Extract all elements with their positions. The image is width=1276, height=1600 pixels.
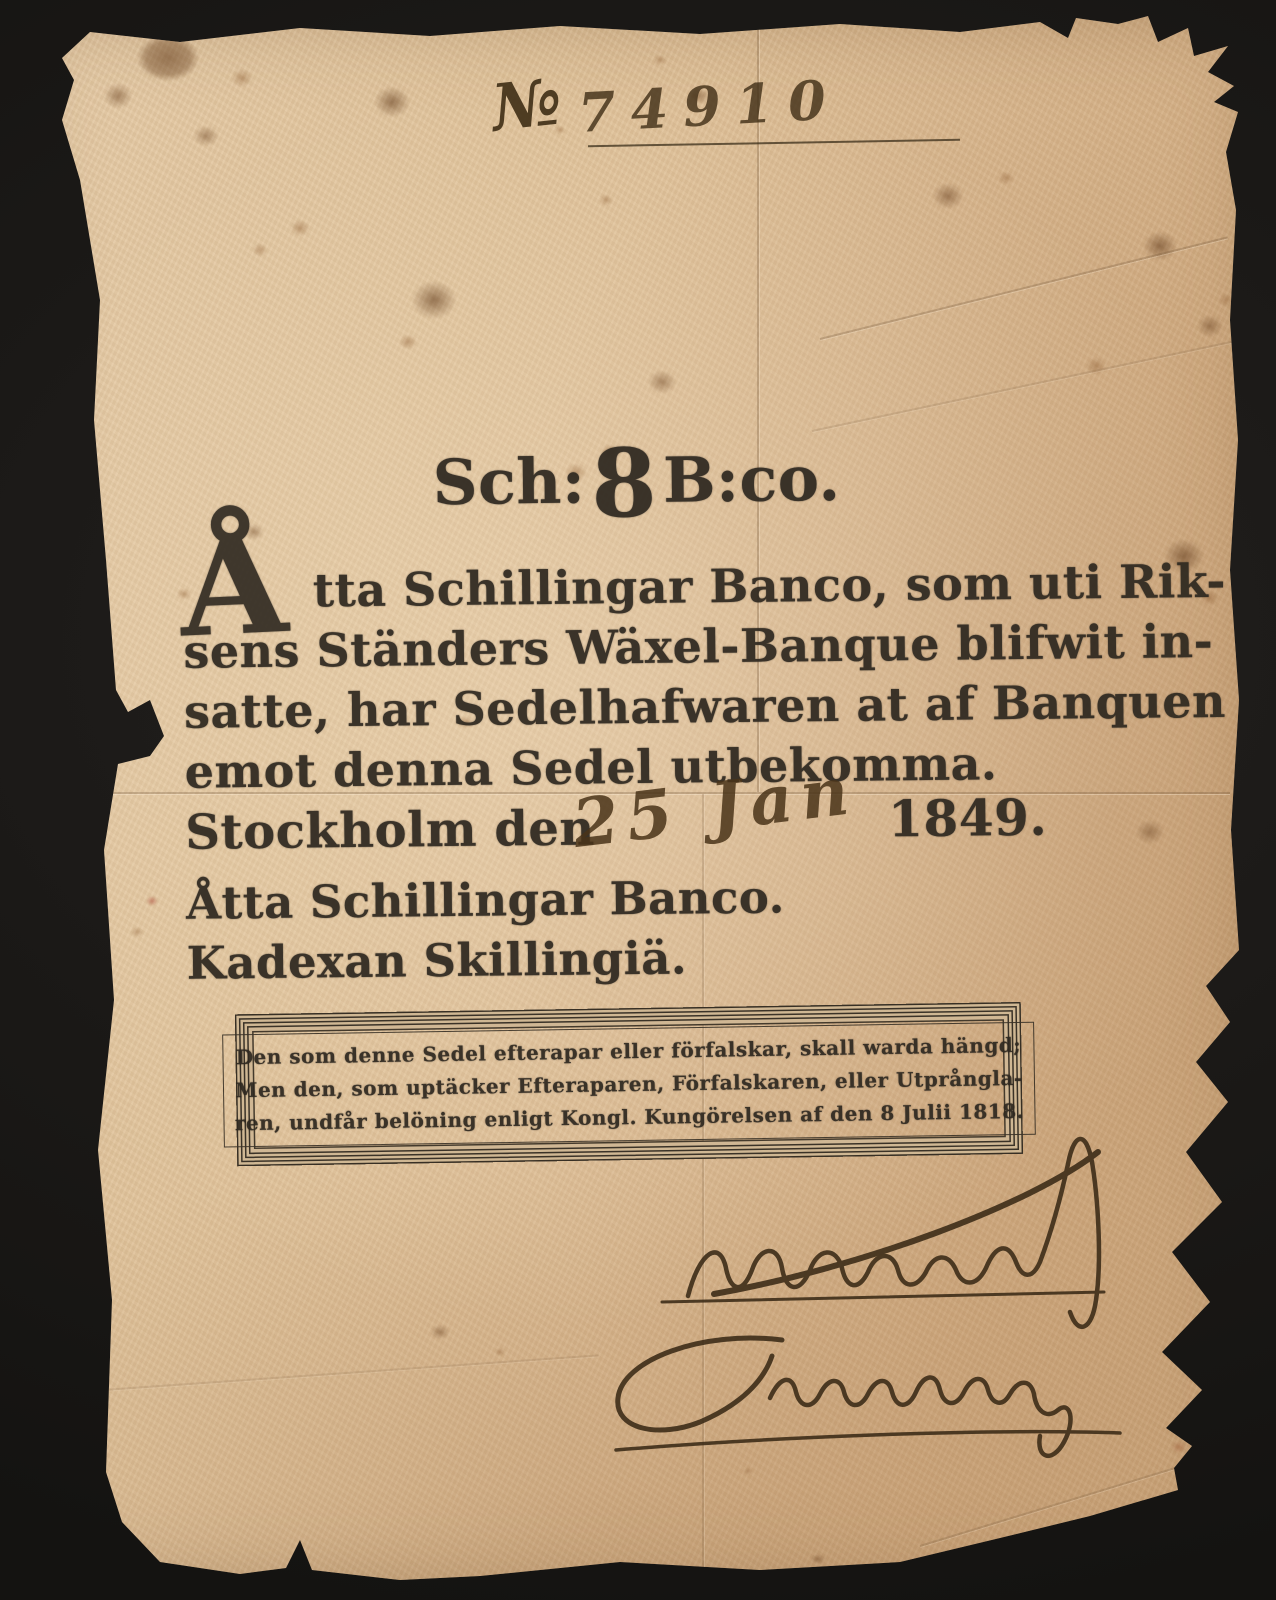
signature-2-underline [616,1432,1120,1450]
signatures-layer [0,0,1276,1600]
signature-1-scrawl [714,1152,1098,1294]
signature-2-loop [618,1338,782,1430]
signature-2-letters [770,1377,1071,1455]
banknote-paper: № 74910 Sch:8B:co. Å tta Schillingar Ban… [0,0,1276,1600]
photo-background: № 74910 Sch:8B:co. Å tta Schillingar Ban… [0,0,1276,1600]
